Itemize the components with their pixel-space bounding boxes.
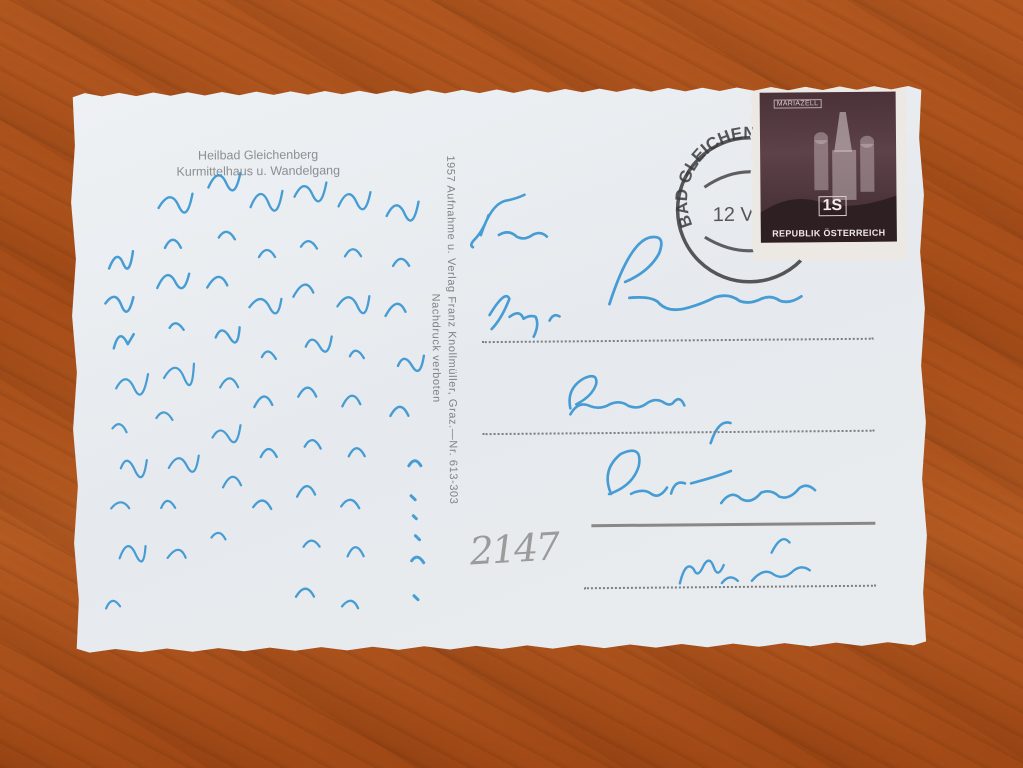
address-line-4 (584, 585, 876, 590)
church-illustration-icon (760, 92, 897, 243)
pencil-archive-number: 2147 (468, 524, 559, 573)
address-line-3 (591, 522, 875, 527)
stamp-country: REPUBLIK ÖSTERREICH (761, 228, 897, 239)
address-line-1 (482, 338, 874, 343)
caption-line-2: Kurmittelhaus u. Wandelgang (138, 162, 378, 180)
stamp-image: MARIAZELL 1S REPUBLIK ÖSTERREICH (760, 92, 897, 243)
picture-caption: Heilbad Gleichenberg Kurmittelhaus u. Wa… (138, 146, 378, 180)
stamp-denomination: 1S (819, 196, 847, 216)
postmark-date: 12 V. (713, 204, 758, 226)
stamp-place-label: MARIAZELL (774, 99, 822, 108)
postcard: Heilbad Gleichenberg Kurmittelhaus u. Wa… (68, 81, 931, 656)
publisher-imprint: 1957 Aufnahme u. Verlag Franz Knollmülle… (426, 155, 461, 504)
publisher-line-1: 1957 Aufnahme u. Verlag Franz Knollmülle… (442, 155, 461, 504)
postage-stamp: MARIAZELL 1S REPUBLIK ÖSTERREICH (750, 81, 910, 262)
address-line-2 (483, 430, 875, 435)
